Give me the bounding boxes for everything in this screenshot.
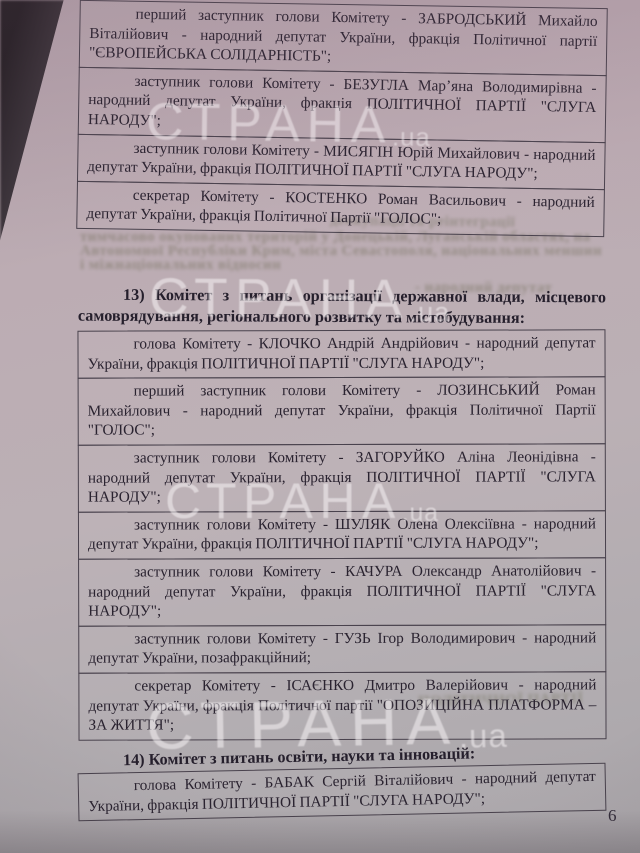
table-row: заступник голови Комітету - БЕЗУГЛА Мар’…	[78, 67, 607, 143]
committee-member-entry: голова Комітету - КЛОЧКО Андрій Андрійов…	[87, 333, 595, 374]
table-row: голова Комітету - БАБАК Сергій Віталійов…	[78, 763, 607, 822]
table-row: заступник голови Комітету - ШУЛЯК Олена …	[78, 510, 606, 560]
committee-member-entry: заступник голови Комітету - МИСЯГІН Юрій…	[87, 138, 596, 185]
committee-member-entry: голова Комітету - БАБАК Сергій Віталійов…	[88, 767, 597, 816]
table-row: заступник голови Комітету - ГУЗЬ Ігор Во…	[78, 624, 606, 674]
committee-member-entry: заступник голови Комітету - ЗАГОРУЙКО Ал…	[88, 447, 596, 507]
table-committee-14: голова Комітету - БАБАК Сергій Віталійов…	[78, 764, 607, 822]
committee-member-entry: заступник голови Комітету - КАЧУРА Олекс…	[88, 561, 596, 621]
table-row: голова Комітету - КЛОЧКО Андрій Андрійов…	[77, 329, 605, 379]
table-row: секретар Комітету - КОСТЕНКО Роман Васил…	[76, 181, 605, 237]
committee-member-entry: перший заступник голови Комітету - ЗАБРО…	[89, 4, 598, 71]
committee-member-entry: секретар Комітету - ІСАЄНКО Дмитро Валер…	[88, 675, 596, 735]
committee-member-entry: заступник голови Комітету - ШУЛЯК Олена …	[88, 514, 596, 555]
page-number: 6	[608, 806, 617, 826]
table-surface-corner	[0, 0, 74, 248]
committee-member-entry: заступник голови Комітету - БЕЗУГЛА Мар’…	[88, 71, 597, 138]
table-row: заступник голови Комітету - ЗАГОРУЙКО Ал…	[78, 443, 606, 512]
committee-member-entry: секретар Комітету - КОСТЕНКО Роман Васил…	[86, 185, 595, 232]
section-13-heading: 13) Комітет з питань організації державн…	[78, 285, 606, 330]
table-row: заступник голови Комітету - КАЧУРА Олекс…	[78, 557, 606, 626]
table-row: перший заступник голови Комітету - ЛОЗИН…	[78, 376, 606, 445]
table-committee-13: голова Комітету - КЛОЧКО Андрій Андрійов…	[77, 330, 606, 740]
document-photo: деокупації та реінтеграції тимчасово оку…	[0, 0, 640, 853]
table-row: секретар Комітету - ІСАЄНКО Дмитро Валер…	[78, 671, 606, 740]
committee-member-entry: перший заступник голови Комітету - ЛОЗИН…	[88, 381, 596, 441]
committee-member-entry: заступник голови Комітету - ГУЗЬ Ігор Во…	[88, 628, 596, 669]
bleed-through-line: і міжнаціональних відносин	[80, 257, 380, 274]
table-committee-12-continued: перший заступник голови Комітету - ЗАБРО…	[76, 1, 608, 237]
table-row: перший заступник голови Комітету - ЗАБРО…	[79, 0, 608, 76]
